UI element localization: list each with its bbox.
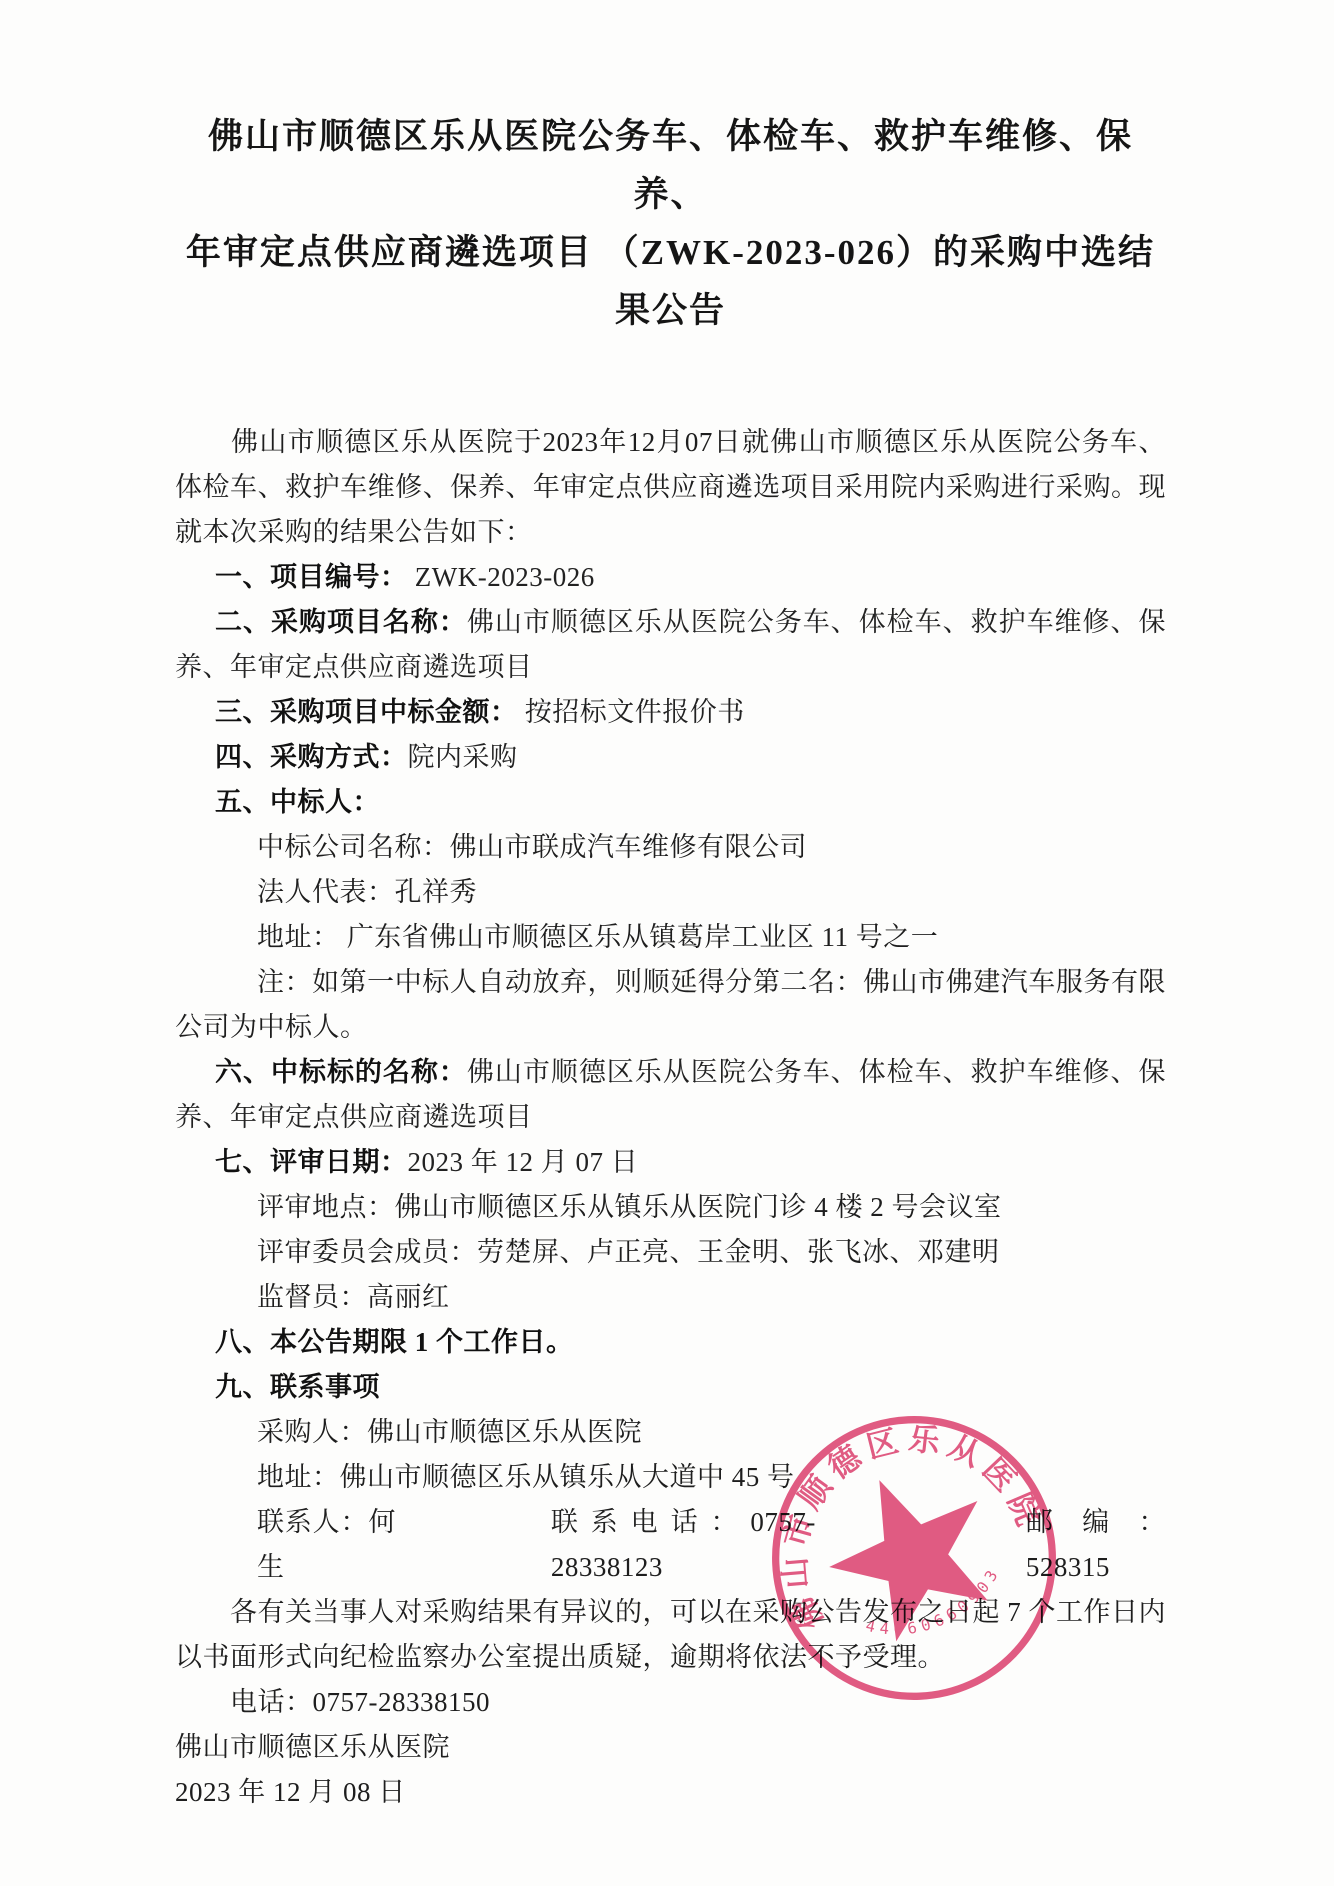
item-winner-heading: 五、中标人： bbox=[175, 780, 1166, 825]
intro-paragraph: 佛山市顺德区乐从医院于2023年12月07日就佛山市顺德区乐从医院公务车、体检车… bbox=[175, 420, 1166, 555]
item-subject-name: 六、中标标的名称：佛山市顺德区乐从医院公务车、体检车、救护车维修、保养、年审定点… bbox=[175, 1050, 1166, 1140]
item-value: 2023 年 12 月 07 日 bbox=[408, 1147, 639, 1177]
item-label: 二、采购项目名称： bbox=[215, 607, 467, 637]
contact-address-line: 地址：佛山市顺德区乐从镇乐从大道中 45 号 bbox=[175, 1455, 1166, 1500]
item-label: 四、采购方式： bbox=[215, 742, 408, 772]
item-label: 六、中标标的名称： bbox=[215, 1057, 467, 1087]
contact-person: 联系人：何生 bbox=[257, 1500, 396, 1590]
signature-date: 2023 年 12 月 08 日 bbox=[175, 1770, 988, 1815]
item-contact-heading: 九、联系事项 bbox=[175, 1365, 1166, 1410]
doc-title: 佛山市顺德区乐从医院公务车、体检车、救护车维修、保养、 年审定点供应商遴选项目 … bbox=[175, 108, 1166, 340]
doc-title-line-2: 年审定点供应商遴选项目 （ZWK-2023-026）的采购中选结 bbox=[186, 233, 1155, 272]
item-label: 九、联系事项 bbox=[215, 1372, 380, 1402]
contact-buyer-line: 采购人：佛山市顺德区乐从医院 bbox=[175, 1410, 1166, 1455]
item-procurement-method: 四、采购方式：院内采购 bbox=[175, 735, 1166, 780]
item-value: 院内采购 bbox=[408, 742, 518, 772]
contact-postcode: 邮编：528315 bbox=[1026, 1500, 1166, 1590]
winner-note-line: 注：如第一中标人自动放弃，则顺延得分第二名：佛山市佛建汽车服务有限公司为中标人。 bbox=[175, 960, 1166, 1050]
objection-paragraph: 各有关当事人对采购结果有异议的，可以在采购公告发布之日起 7 个工作日内以书面形… bbox=[175, 1590, 1166, 1680]
item-label: 七、评审日期： bbox=[215, 1147, 408, 1177]
doc-title-line-1: 佛山市顺德区乐从医院公务车、体检车、救护车维修、保养、 bbox=[208, 117, 1133, 214]
signature-org: 佛山市顺德区乐从医院 bbox=[175, 1725, 961, 1770]
item-value: 按招标文件报价书 bbox=[518, 697, 745, 727]
item-label: 五、中标人： bbox=[215, 787, 380, 817]
winner-legal-rep-line: 法人代表：孔祥秀 bbox=[175, 870, 1166, 915]
item-label: 三、采购项目中标金额： bbox=[215, 697, 518, 727]
item-award-amount: 三、采购项目中标金额： 按招标文件报价书 bbox=[175, 690, 1166, 735]
doc-title-line-3: 果公告 bbox=[615, 291, 726, 330]
document-content: 佛山市顺德区乐从医院公务车、体检车、救护车维修、保养、 年审定点供应商遴选项目 … bbox=[0, 0, 1334, 1815]
item-value: ZWK-2023-026 bbox=[408, 562, 595, 592]
item-label: 八、本公告期限 1 个工作日。 bbox=[215, 1327, 574, 1357]
phone-line: 电话：0757-28338150 bbox=[175, 1680, 1166, 1725]
contact-detail-row: 联系人：何生 联系电话：0757-28338123 邮编：528315 bbox=[175, 1500, 1166, 1590]
item-project-number: 一、项目编号： ZWK-2023-026 bbox=[175, 555, 1166, 600]
review-committee-line: 评审委员会成员：劳楚屏、卢正亮、王金明、张飞冰、邓建明 bbox=[175, 1230, 1166, 1275]
item-label: 一、项目编号： bbox=[215, 562, 408, 592]
document-page: 佛山市顺德区乐从医院公务车、体检车、救护车维修、保养、 年审定点供应商遴选项目 … bbox=[0, 0, 1334, 1886]
signature-block: 佛山市顺德区乐从医院 2023 年 12 月 08 日 bbox=[175, 1725, 1166, 1815]
item-notice-period: 八、本公告期限 1 个工作日。 bbox=[175, 1320, 1166, 1365]
review-supervisor-line: 监督员：高丽红 bbox=[175, 1275, 1166, 1320]
item-project-name: 二、采购项目名称：佛山市顺德区乐从医院公务车、体检车、救护车维修、保养、年审定点… bbox=[175, 600, 1166, 690]
contact-phone: 联系电话：0757-28338123 bbox=[551, 1500, 816, 1590]
winner-address-line: 地址： 广东省佛山市顺德区乐从镇葛岸工业区 11 号之一 bbox=[175, 915, 1166, 960]
item-review-date: 七、评审日期：2023 年 12 月 07 日 bbox=[175, 1140, 1166, 1185]
winner-company-line: 中标公司名称：佛山市联成汽车维修有限公司 bbox=[175, 825, 1166, 870]
review-place-line: 评审地点：佛山市顺德区乐从镇乐从医院门诊 4 楼 2 号会议室 bbox=[175, 1185, 1166, 1230]
